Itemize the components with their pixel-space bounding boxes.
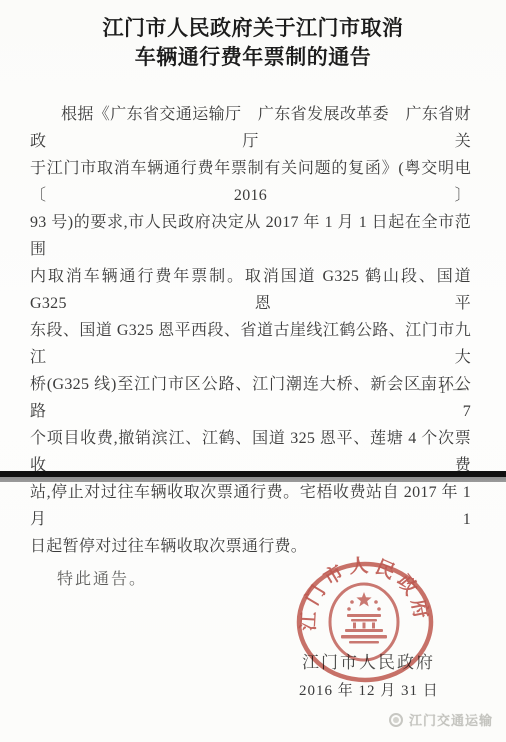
watermark: 江门交通运输 [389,710,493,729]
title-line-2: 车辆通行费年票制的通告 [0,43,506,72]
body-line: 桥(G325 线)至江门市区公路、江门潮连大桥、新会区南环公路 7 [30,371,471,425]
page-number: — 1 — [419,381,468,397]
title-line-1: 江门市人民政府关于江门市取消 [0,14,506,43]
jiangmen-transport-logo-icon [389,713,403,727]
watermark-label: 江门交通运输 [409,710,493,729]
closing-text: 特此通告。 [57,566,147,589]
body-line: 内取消车辆通行费年票制。取消国道 G325 鹤山段、国道 G325 恩平 [30,263,471,317]
page-separator-bar [0,471,506,482]
document-page: 江门市人民政府关于江门市取消 车辆通行费年票制的通告 根据《广东省交通运输厅 广… [0,0,506,742]
government-seal-icon: 江门市人民政府 [291,556,441,694]
page-title: 江门市人民政府关于江门市取消 车辆通行费年票制的通告 [0,14,506,72]
national-emblem-icon [330,584,398,660]
body-line: 站,停止对过往车辆收取次票通行费。宅梧收费站自 2017 年 1 月 1 [30,479,471,533]
body-line: 93 号)的要求,市人民政府决定从 2017 年 1 月 1 日起在全市范围 [30,209,471,263]
body-line: 根据《广东省交通运输厅 广东省发展改革委 广东省财政厅关 [30,101,471,155]
body-text: 根据《广东省交通运输厅 广东省发展改革委 广东省财政厅关于江门市取消车辆通行费年… [30,101,471,560]
body-line: 于江门市取消车辆通行费年票制有关问题的复函》(粤交明电〔2016〕 [30,155,471,209]
body-line: 东段、国道 G325 恩平西段、省道古崖线江鹤公路、江门市九江大 [30,317,471,371]
